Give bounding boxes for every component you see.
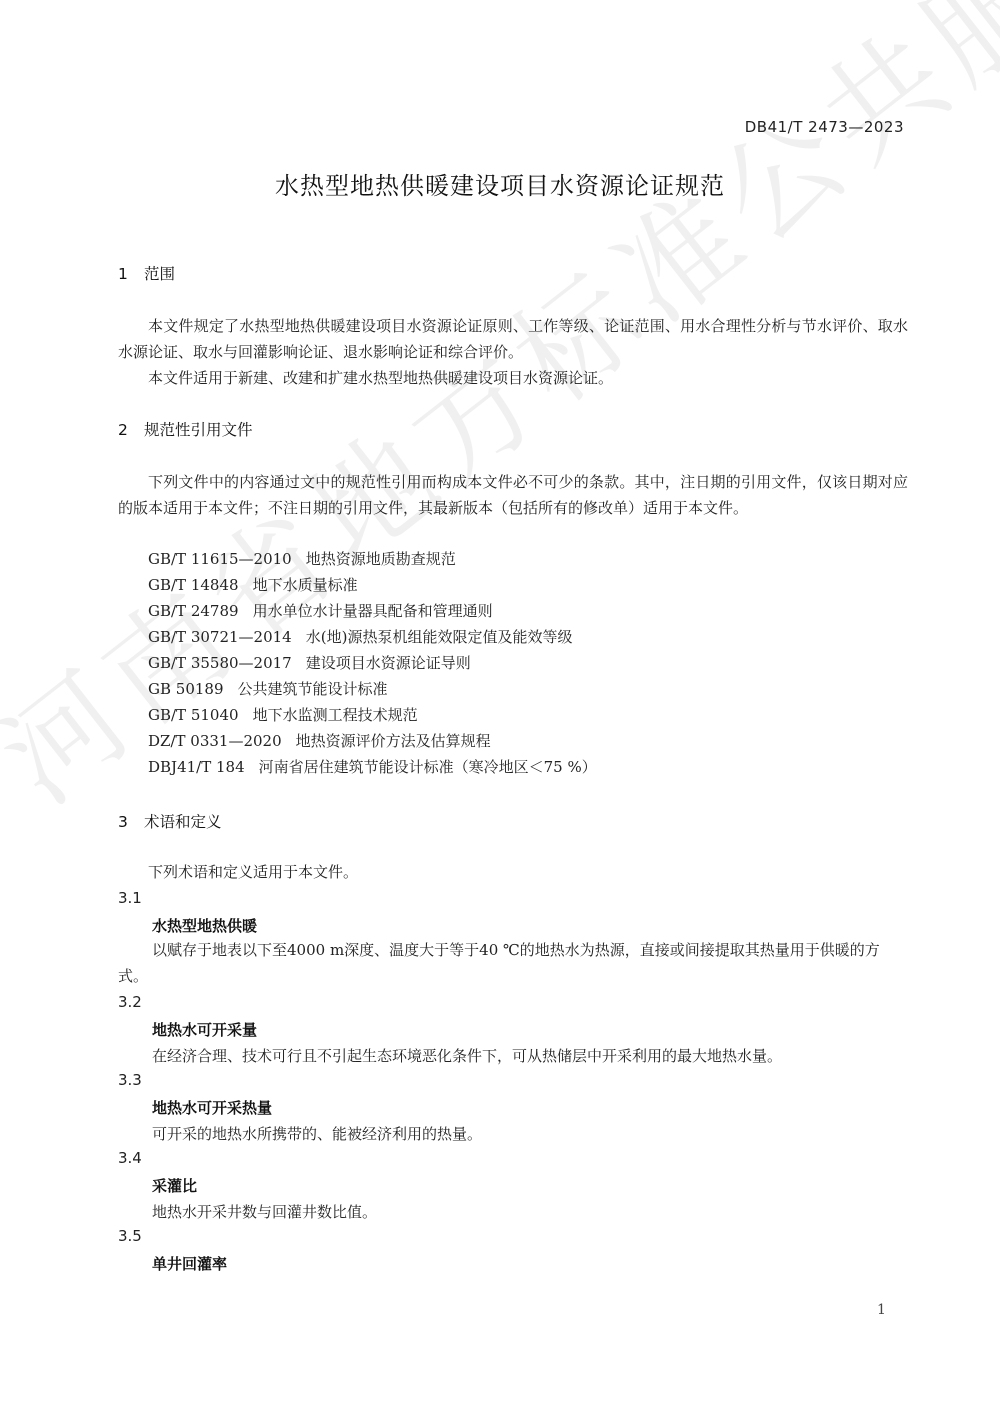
term-name: 单井回灌率 (152, 1253, 227, 1274)
term-definition: 地热水开采井数与回灌井数比值。 (152, 1201, 377, 1222)
reference-item: DBJ41/T 184河南省居住建筑节能设计标准（寒冷地区＜75 %） (148, 756, 597, 777)
reference-name: 用水单位水计量器具配备和管理通则 (253, 602, 493, 620)
reference-name: 建设项目水资源论证导则 (306, 654, 471, 672)
reference-name: 水(地)源热泵机组能效限定值及能效等级 (306, 628, 573, 646)
term-definition: 可开采的地热水所携带的、能被经济利用的热量。 (152, 1123, 482, 1144)
reference-item: GB/T 35580—2017建设项目水资源论证导则 (148, 652, 471, 673)
section-heading-scope: 1范围 (118, 262, 175, 284)
paragraph: 本文件适用于新建、改建和扩建水热型地热供暖建设项目水资源论证。 (118, 365, 908, 391)
term-name: 水热型地热供暖 (152, 915, 257, 936)
reference-name: 公共建筑节能设计标准 (238, 680, 388, 698)
paragraph: 本文件规定了水热型地热供暖建设项目水资源论证原则、工作等级、论证范围、用水合理性… (118, 313, 908, 365)
reference-name: 地热资源地质勘查规范 (306, 550, 456, 568)
reference-code: GB/T 14848 (148, 576, 239, 594)
reference-item: DZ/T 0331—2020地热资源评价方法及估算规程 (148, 730, 491, 751)
reference-code: DZ/T 0331—2020 (148, 732, 282, 750)
term-number: 3.4 (118, 1149, 142, 1167)
term-name: 地热水可开采量 (152, 1019, 257, 1040)
term-number: 3.2 (118, 993, 142, 1011)
page-number: 1 (877, 1302, 886, 1318)
section-heading-normative-references: 2规范性引用文件 (118, 418, 253, 440)
reference-name: 地下水监测工程技术规范 (253, 706, 418, 724)
reference-code: GB/T 30721—2014 (148, 628, 292, 646)
term-definition: 在经济合理、技术可行且不引起生态环境恶化条件下，可从热储层中开采利用的最大地热水… (152, 1045, 782, 1066)
section-number: 1 (118, 265, 144, 283)
reference-name: 河南省居住建筑节能设计标准（寒冷地区＜75 %） (259, 758, 597, 776)
reference-name: 地下水质量标准 (253, 576, 358, 594)
reference-item: GB 50189公共建筑节能设计标准 (148, 678, 388, 699)
reference-code: GB/T 11615—2010 (148, 550, 292, 568)
reference-item: GB/T 11615—2010地热资源地质勘查规范 (148, 548, 456, 569)
section-heading-terms-definitions: 3术语和定义 (118, 810, 222, 832)
reference-item: GB/T 24789用水单位水计量器具配备和管理通则 (148, 600, 493, 621)
section-title: 术语和定义 (144, 813, 222, 831)
reference-code: GB/T 35580—2017 (148, 654, 292, 672)
term-name: 地热水可开采热量 (152, 1097, 272, 1118)
document-title: 水热型地热供暖建设项目水资源论证规范 (0, 166, 1000, 201)
term-number: 3.5 (118, 1227, 142, 1245)
paragraph: 下列文件中的内容通过文中的规范性引用而构成本文件必不可少的条款。其中，注日期的引… (118, 469, 908, 521)
reference-code: DBJ41/T 184 (148, 758, 245, 776)
term-number: 3.1 (118, 889, 142, 907)
term-name: 采灌比 (152, 1175, 197, 1196)
term-definition: 以赋存于地表以下至4000 m深度、温度大于等于40 ℃的地热水为热源，直接或间… (118, 937, 908, 989)
reference-item: GB/T 30721—2014水(地)源热泵机组能效限定值及能效等级 (148, 626, 572, 647)
reference-code: GB 50189 (148, 680, 224, 698)
reference-item: GB/T 14848地下水质量标准 (148, 574, 358, 595)
term-number: 3.3 (118, 1071, 142, 1089)
section-number: 3 (118, 813, 144, 831)
document-id: DB41/T 2473—2023 (745, 118, 904, 136)
section-intro: 下列术语和定义适用于本文件。 (148, 861, 358, 882)
reference-code: GB/T 51040 (148, 706, 239, 724)
section-title: 规范性引用文件 (144, 421, 253, 439)
reference-code: GB/T 24789 (148, 602, 239, 620)
section-title: 范围 (144, 265, 175, 283)
reference-item: GB/T 51040地下水监测工程技术规范 (148, 704, 418, 725)
reference-name: 地热资源评价方法及估算规程 (296, 732, 491, 750)
section-number: 2 (118, 421, 144, 439)
